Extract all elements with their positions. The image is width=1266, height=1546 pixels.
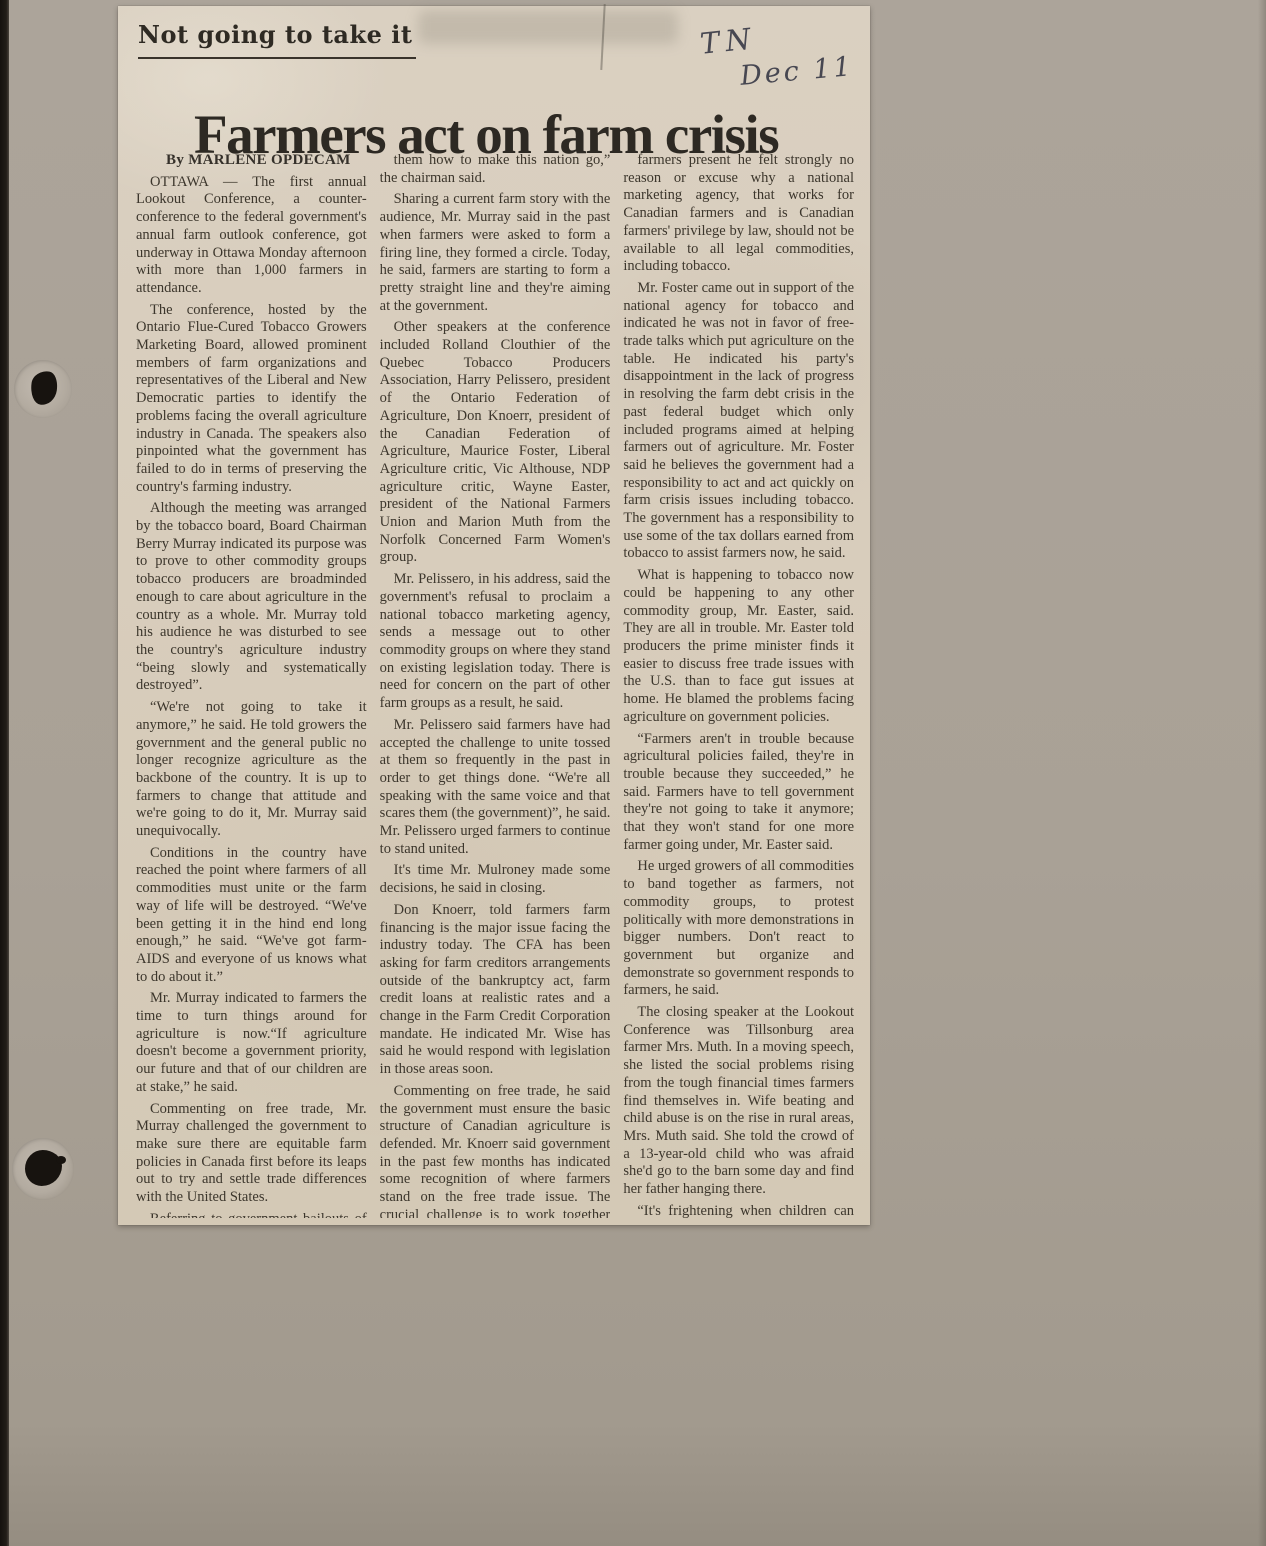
article-paragraph: farmers present he felt strongly no reas…	[623, 152, 854, 276]
article-paragraph: Mr. Pelissero said farmers have had acce…	[380, 717, 611, 859]
article-paragraph: Commenting on free trade, he said the go…	[380, 1083, 611, 1218]
article-paragraph: What is happening to tobacco now could b…	[623, 567, 854, 726]
article-paragraph: Although the meeting was arranged by the…	[136, 500, 367, 695]
article-paragraph: The closing speaker at the Lookout Confe…	[623, 1004, 854, 1199]
article-paragraph: He urged growers of all commodities to b…	[623, 858, 854, 1000]
handwritten-initials: TN	[698, 21, 758, 61]
newspaper-clipping: Not going to take it TN Dec 11 Farmers a…	[118, 6, 870, 1225]
column-2-paragraphs: them how to make this nation go,” the ch…	[380, 152, 611, 1218]
article-paragraph: Commenting on free trade, Mr. Murray cha…	[136, 1101, 367, 1207]
article-paragraph: them how to make this nation go,” the ch…	[380, 152, 611, 187]
ink-smudge	[418, 10, 678, 44]
article-paragraph: “We're not going to take it anymore,” he…	[136, 699, 367, 841]
column-3-paragraphs: farmers present he felt strongly no reas…	[623, 152, 854, 1218]
article-paragraph: Conditions in the country have reached t…	[136, 845, 367, 987]
article-paragraph: Mr. Foster came out in support of the na…	[623, 280, 854, 563]
byline: By MARLENE OPDECAM	[136, 152, 367, 170]
article-paragraph: Mr. Murray indicated to farmers the time…	[136, 990, 367, 1096]
article-paragraph: “It's frightening when children can see …	[623, 1203, 854, 1218]
column-1-paragraphs: OTTAWA — The first annual Lookout Confer…	[136, 174, 367, 1218]
hole-punch-top-tear	[29, 369, 59, 406]
article-paragraph: Sharing a current farm story with the au…	[380, 191, 611, 315]
binder-spine-edge	[0, 0, 9, 1546]
article-column-1: By MARLENE OPDECAM OTTAWA — The first an…	[136, 152, 367, 1218]
hole-punch-bottom	[12, 1138, 74, 1200]
page-edge-shadow	[1258, 0, 1266, 1546]
article-paragraph: Referring to government bailouts of aili…	[136, 1211, 367, 1218]
article-paragraph: Don Knoerr, told farmers farm financing …	[380, 902, 611, 1079]
article-paragraph: It's time Mr. Mulroney made some decisio…	[380, 862, 611, 897]
scrapbook-page: { "colors": { "page_background": "#a9a19…	[0, 0, 1266, 1546]
kicker: Not going to take it	[138, 20, 416, 59]
article-paragraph: OTTAWA — The first annual Lookout Confer…	[136, 174, 367, 298]
handwritten-date: Dec 11	[739, 51, 855, 92]
article-body: By MARLENE OPDECAM OTTAWA — The first an…	[136, 152, 854, 1218]
article-column-3: farmers present he felt strongly no reas…	[623, 152, 854, 1218]
article-paragraph: The conference, hosted by the Ontario Fl…	[136, 302, 367, 497]
article-column-2: them how to make this nation go,” the ch…	[380, 152, 611, 1218]
article-paragraph: “Farmers aren't in trouble because agric…	[623, 731, 854, 855]
hole-punch-bottom-tear	[25, 1150, 62, 1186]
hole-punch-top	[14, 360, 72, 418]
hole-punch-bottom-nick	[56, 1156, 66, 1164]
article-paragraph: Mr. Pelissero, in his address, said the …	[380, 571, 611, 713]
article-paragraph: Other speakers at the conference include…	[380, 319, 611, 567]
